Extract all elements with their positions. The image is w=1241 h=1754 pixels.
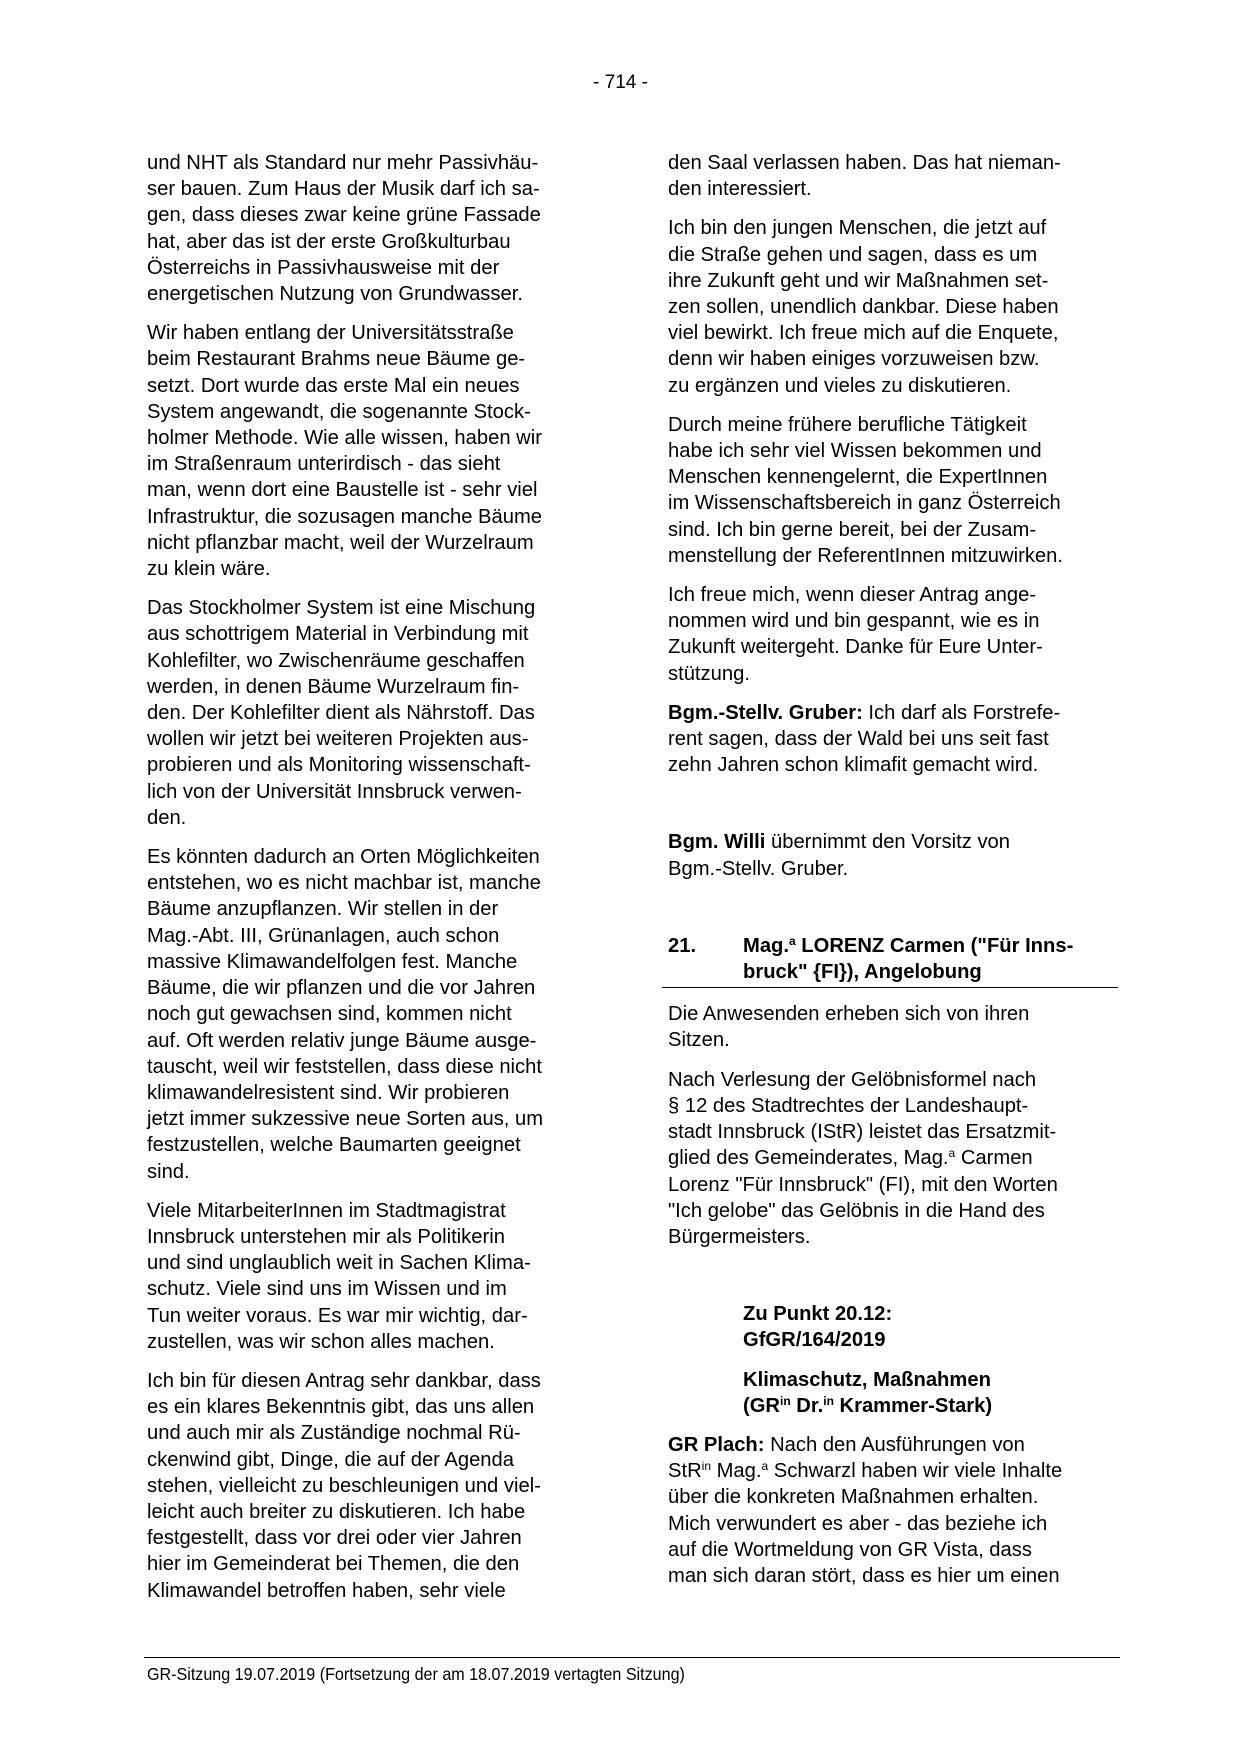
text-line: über die konkreten Maßnahmen erhalten. [668, 1484, 1113, 1510]
text-line: im Wissenschaftsbereich in ganz Österrei… [668, 490, 1113, 516]
text-line: Tun weiter voraus. Es war mir wichtig, d… [147, 1303, 592, 1329]
text-fragment: Dr. [791, 1395, 824, 1417]
text-line: auf die Wortmeldung von GR Vista, dass [668, 1537, 1113, 1563]
text-line: sind. [147, 1159, 592, 1185]
spacer [668, 895, 1113, 933]
text-line: zu ergänzen und vieles zu diskutieren. [668, 373, 1113, 399]
text-line: Zu Punkt 20.12: [743, 1301, 1113, 1327]
text-line: Bgm. Willi übernimmt den Vorsitz von [668, 829, 1113, 855]
chair-change-paragraph: Bgm. Willi übernimmt den Vorsitz von Bgm… [668, 829, 1113, 881]
text-line: und auch mir als Zuständige nochmal Rü- [147, 1420, 592, 1446]
text-line: die Straße gehen und sagen, dass es um [668, 242, 1113, 268]
text-line: Ich freue mich, wenn dieser Antrag ange- [668, 582, 1113, 608]
text-line: den Saal verlassen haben. Das hat nieman… [668, 150, 1113, 176]
text-line: GfGR/164/2019 [743, 1327, 1113, 1353]
agenda-item-title: Mag.a LORENZ Carmen ("Für Inns- bruck" {… [743, 933, 1073, 985]
text-line: Die Anwesenden erheben sich von ihren [668, 1001, 1113, 1027]
text-fragment: Mag. [743, 935, 789, 957]
speaker-name: Bgm. Willi [668, 831, 765, 853]
text-line: massive Klimawandelfolgen fest. Manche [147, 949, 592, 975]
text-line: stadt Innsbruck (IStR) leistet das Ersat… [668, 1119, 1113, 1145]
text-line: nommen wird und bin gespannt, wie es in [668, 608, 1113, 634]
text-line: StRin Mag.a Schwarzl haben wir viele Inh… [668, 1458, 1113, 1484]
text-fragment: Schwarzl haben wir viele Inhalte [768, 1460, 1062, 1482]
text-line: Innsbruck unterstehen mir als Politikeri… [147, 1224, 592, 1250]
text-fragment: übernimmt den Vorsitz von [765, 831, 1010, 853]
text-line: Bäume, die wir pflanzen und die vor Jahr… [147, 975, 592, 1001]
paragraph: Die Anwesenden erheben sich von ihren Si… [668, 1001, 1113, 1053]
text-line: Durch meine frühere berufliche Tätigkeit [668, 412, 1113, 438]
text-line: System angewandt, die sogenannte Stock- [147, 399, 592, 425]
text-fragment: glied des Gemeinderates, Mag. [668, 1147, 949, 1169]
speaker-gruber-paragraph: Bgm.-Stellv. Gruber: Ich darf als Forstr… [668, 700, 1113, 779]
right-column: den Saal verlassen haben. Das hat nieman… [668, 150, 1113, 1602]
text-fragment: StR [668, 1460, 702, 1482]
text-line: den. [147, 805, 592, 831]
text-line: noch gut gewachsen sind, kommen nicht [147, 1001, 592, 1027]
text-line: zehn Jahren schon klimafit gemacht wird. [668, 752, 1113, 778]
spacer [668, 1263, 1113, 1301]
superscript: in [702, 1459, 711, 1473]
text-line: ihre Zukunft geht und wir Maßnahmen set- [668, 268, 1113, 294]
text-line: Zukunft weitergeht. Danke für Eure Unter… [668, 634, 1113, 660]
text-line: festzustellen, welche Baumarten geeignet [147, 1132, 592, 1158]
text-line: Es könnten dadurch an Orten Möglichkeite… [147, 844, 592, 870]
text-line: klimawandelresistent sind. Wir probieren [147, 1080, 592, 1106]
text-line: und NHT als Standard nur mehr Passivhäu- [147, 150, 592, 176]
text-line: nicht pflanzbar macht, weil der Wurzelra… [147, 530, 592, 556]
text-line: hat, aber das ist der erste Großkulturba… [147, 229, 592, 255]
text-fragment: Carmen [955, 1147, 1032, 1169]
text-line: schutz. Viele sind uns im Wissen und im [147, 1276, 592, 1302]
left-column: und NHT als Standard nur mehr Passivhäu-… [147, 150, 592, 1617]
paragraph: den Saal verlassen haben. Das hat nieman… [668, 150, 1113, 202]
text-fragment: Nach den Ausführungen von [764, 1434, 1024, 1456]
text-line: "Ich gelobe" das Gelöbnis in die Hand de… [668, 1198, 1113, 1224]
paragraph: Ich bin für diesen Antrag sehr dankbar, … [147, 1368, 592, 1604]
text-line: man, wenn dort eine Baustelle ist - sehr… [147, 477, 592, 503]
text-line: setzt. Dort wurde das erste Mal ein neue… [147, 373, 592, 399]
text-line: werden, in denen Bäume Wurzelraum fin- [147, 674, 592, 700]
text-line: und sind unglaublich weit in Sachen Klim… [147, 1250, 592, 1276]
text-line: denn wir haben einiges vorzuweisen bzw. [668, 346, 1113, 372]
text-line: Lorenz "Für Innsbruck" (FI), mit den Wor… [668, 1172, 1113, 1198]
text-line: zu klein wäre. [147, 556, 592, 582]
text-line: zen sollen, unendlich dankbar. Diese hab… [668, 294, 1113, 320]
paragraph: Nach Verlesung der Gelöbnisformel nach §… [668, 1067, 1113, 1250]
text-line: gen, dass dieses zwar keine grüne Fassad… [147, 202, 592, 228]
speaker-plach-paragraph: GR Plach: Nach den Ausführungen von StRi… [668, 1432, 1113, 1589]
text-line: Nach Verlesung der Gelöbnisformel nach [668, 1067, 1113, 1093]
sub-heading-reference: Zu Punkt 20.12: GfGR/164/2019 [743, 1301, 1113, 1353]
paragraph: Es könnten dadurch an Orten Möglichkeite… [147, 844, 592, 1185]
page-number: - 714 - [0, 72, 1241, 94]
text-line: Klimaschutz, Maßnahmen [743, 1367, 1113, 1393]
agenda-item-number: 21. [662, 933, 743, 985]
text-line: Ich bin den jungen Menschen, die jetzt a… [668, 215, 1113, 241]
text-line: stehen, vielleicht zu beschleunigen und … [147, 1473, 592, 1499]
paragraph: Wir haben entlang der Universitätsstraße… [147, 320, 592, 582]
text-fragment: Ich darf als Forstrefe- [863, 702, 1060, 724]
sub-heading-title: Klimaschutz, Maßnahmen (GRin Dr.in Kramm… [743, 1367, 1113, 1419]
speaker-name: Bgm.-Stellv. Gruber: [668, 702, 863, 724]
text-line: (GRin Dr.in Krammer-Stark) [743, 1393, 1113, 1419]
paragraph: Ich freue mich, wenn dieser Antrag ange-… [668, 582, 1113, 687]
text-line: beim Restaurant Brahms neue Bäume ge- [147, 346, 592, 372]
text-line: Mich verwundert es aber - das beziehe ic… [668, 1511, 1113, 1537]
text-line: Klimawandel betroffen haben, sehr viele [147, 1578, 592, 1604]
text-line: jetzt immer sukzessive neue Sorten aus, … [147, 1106, 592, 1132]
speaker-name: GR Plach: [668, 1434, 764, 1456]
text-line: glied des Gemeinderates, Mag.a Carmen [668, 1145, 1113, 1171]
text-line: man sich daran stört, dass es hier um ei… [668, 1563, 1113, 1589]
text-fragment: LORENZ Carmen ("Für Inns- [796, 935, 1074, 957]
text-line: holmer Methode. Wie alle wissen, haben w… [147, 425, 592, 451]
text-line: entstehen, wo es nicht machbar ist, manc… [147, 870, 592, 896]
text-line: aus schottrigem Material in Verbindung m… [147, 621, 592, 647]
text-line: Sitzen. [668, 1027, 1113, 1053]
page-footer: GR-Sitzung 19.07.2019 (Fortsetzung der a… [147, 1664, 685, 1685]
text-line: lich von der Universität Innsbruck verwe… [147, 779, 592, 805]
superscript: in [823, 1394, 834, 1408]
text-line: Bgm.-Stellv. Gruber: Ich darf als Forstr… [668, 700, 1113, 726]
text-line: Das Stockholmer System ist eine Mischung [147, 595, 592, 621]
text-line: Viele MitarbeiterInnen im Stadtmagistrat [147, 1198, 592, 1224]
text-line: menstellung der ReferentInnen mitzuwirke… [668, 543, 1113, 569]
text-line: leicht auch breiter zu diskutieren. Ich … [147, 1499, 592, 1525]
text-line: GR Plach: Nach den Ausführungen von [668, 1432, 1113, 1458]
text-line: energetischen Nutzung von Grundwasser. [147, 281, 592, 307]
text-line: bruck" {FI}), Angelobung [743, 959, 1073, 985]
text-fragment: Mag. [711, 1460, 762, 1482]
text-line: habe ich sehr viel Wissen bekommen und [668, 438, 1113, 464]
text-line: Ich bin für diesen Antrag sehr dankbar, … [147, 1368, 592, 1394]
paragraph: Durch meine frühere berufliche Tätigkeit… [668, 412, 1113, 569]
text-line: ser bauen. Zum Haus der Musik darf ich s… [147, 176, 592, 202]
text-fragment: Krammer-Stark) [834, 1395, 992, 1417]
paragraph: Ich bin den jungen Menschen, die jetzt a… [668, 215, 1113, 398]
text-line: probieren und als Monitoring wissenschaf… [147, 752, 592, 778]
text-fragment: (GR [743, 1395, 780, 1417]
spacer [668, 791, 1113, 829]
text-line: auf. Oft werden relativ junge Bäume ausg… [147, 1028, 592, 1054]
text-line: es ein klares Bekenntnis gibt, das uns a… [147, 1394, 592, 1420]
sub-heading: Zu Punkt 20.12: GfGR/164/2019 Klimaschut… [743, 1301, 1113, 1419]
text-line: stützung. [668, 661, 1113, 687]
text-line: Mag.-Abt. III, Grünanlagen, auch schon [147, 923, 592, 949]
agenda-item-heading: 21. Mag.a LORENZ Carmen ("Für Inns- bruc… [662, 933, 1118, 988]
text-line: wollen wir jetzt bei weiteren Projekten … [147, 726, 592, 752]
text-line: Wir haben entlang der Universitätsstraße [147, 320, 592, 346]
superscript: a [789, 934, 796, 948]
text-line: ckenwind gibt, Dinge, die auf der Agenda [147, 1447, 592, 1473]
paragraph: Viele MitarbeiterInnen im Stadtmagistrat… [147, 1198, 592, 1355]
text-line: Kohlefilter, wo Zwischenräume geschaffen [147, 648, 592, 674]
text-line: Bäume anzupflanzen. Wir stellen in der [147, 896, 592, 922]
paragraph: und NHT als Standard nur mehr Passivhäu-… [147, 150, 592, 307]
text-line: im Straßenraum unterirdisch - das sieht [147, 451, 592, 477]
text-line: rent sagen, dass der Wald bei uns seit f… [668, 726, 1113, 752]
text-line: hier im Gemeinderat bei Themen, die den [147, 1551, 592, 1577]
footer-divider [144, 1657, 1120, 1658]
text-line: Infrastruktur, die sozusagen manche Bäum… [147, 504, 592, 530]
text-line: Bürgermeisters. [668, 1224, 1113, 1250]
text-line: sind. Ich bin gerne bereit, bei der Zusa… [668, 517, 1113, 543]
text-line: Österreichs in Passivhausweise mit der [147, 255, 592, 281]
text-line: zustellen, was wir schon alles machen. [147, 1329, 592, 1355]
text-line: Menschen kennengelernt, die ExpertInnen [668, 464, 1113, 490]
text-line: tauscht, weil wir feststellen, dass dies… [147, 1054, 592, 1080]
text-line: § 12 des Stadtrechtes der Landeshaupt- [668, 1093, 1113, 1119]
text-line: Mag.a LORENZ Carmen ("Für Inns- [743, 933, 1073, 959]
superscript: in [780, 1394, 791, 1408]
text-line: den interessiert. [668, 176, 1113, 202]
paragraph: Das Stockholmer System ist eine Mischung… [147, 595, 592, 831]
text-line: festgestellt, dass vor drei oder vier Ja… [147, 1525, 592, 1551]
text-line: viel bewirkt. Ich freue mich auf die Enq… [668, 320, 1113, 346]
text-line: den. Der Kohlefilter dient als Nährstoff… [147, 700, 592, 726]
text-line: Bgm.-Stellv. Gruber. [668, 856, 1113, 882]
